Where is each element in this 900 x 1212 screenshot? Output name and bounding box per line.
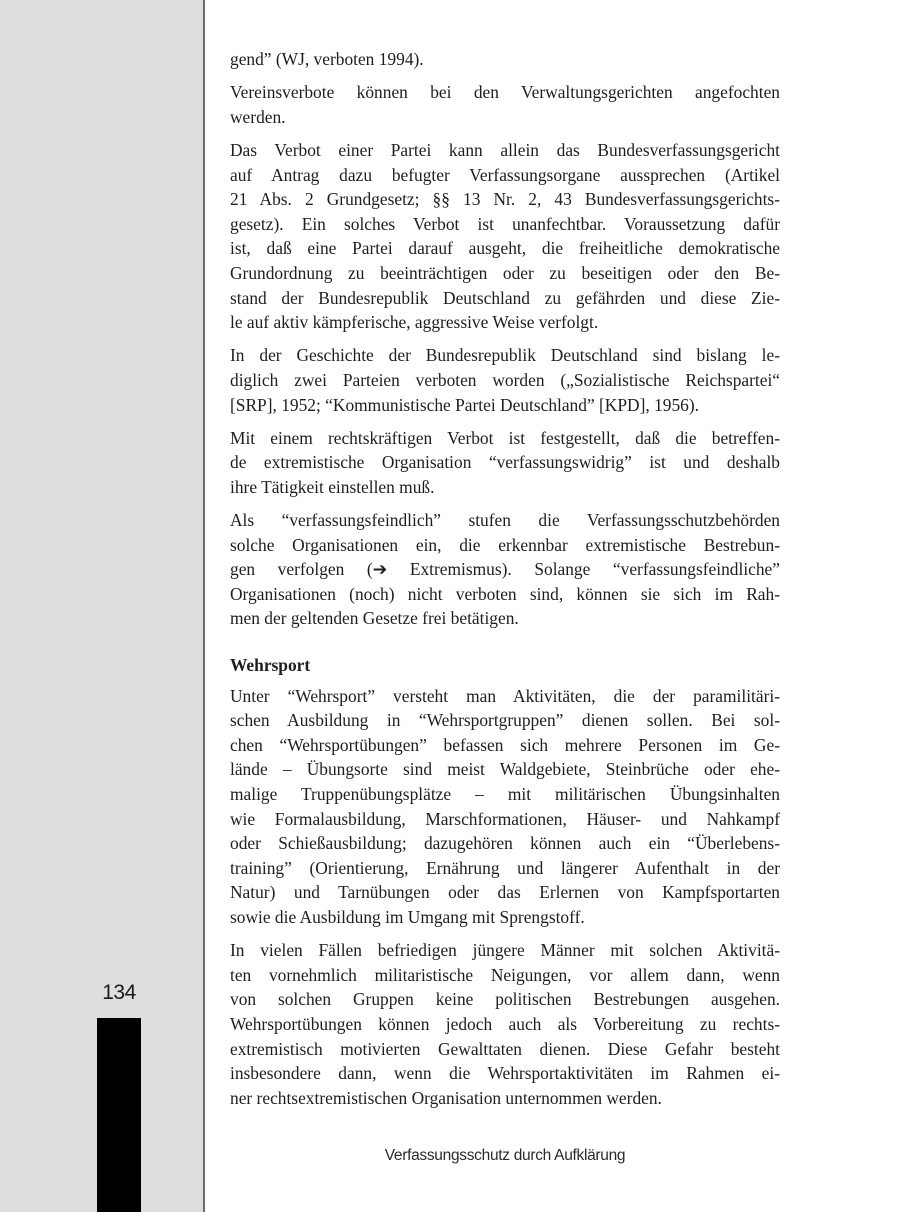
paragraph: Unter “Wehrsport” versteht man Aktivität… [230,684,780,930]
body-section-party-bans: gend” (WJ, verboten 1994).Vereinsverbote… [230,47,780,631]
text-line: ner rechtsextremistischen Organisation u… [230,1086,780,1111]
text-line: gesetz). Ein solches Verbot ist unanfech… [230,212,780,237]
text-line: chen “Wehrsportübungen” befassen sich me… [230,733,780,758]
paragraph: In vielen Fällen befriedigen jüngere Män… [230,938,780,1110]
paragraph: Mit einem rechtskräftigen Verbot ist fes… [230,426,780,500]
paragraph: Das Verbot einer Partei kann allein das … [230,138,780,335]
page-thumb-tab-bar [97,1018,141,1212]
text-line: le auf aktiv kämpferische, aggressive We… [230,310,780,335]
text-line: 21 Abs. 2 Grundgesetz; §§ 13 Nr. 2, 43 B… [230,187,780,212]
section-heading: Wehrsport [230,653,780,678]
text-line: oder Schießausbildung; dazugehören könne… [230,831,780,856]
text-line: insbesondere dann, wenn die Wehrsportakt… [230,1061,780,1086]
margin-divider-rule [203,0,205,1212]
paragraph: Als “verfassungsfeindlich” stufen die Ve… [230,508,780,631]
text-line: stand der Bundesrepublik Deutschland zu … [230,286,780,311]
text-line: ten vornehmlich militaristische Neigunge… [230,963,780,988]
text-line: extremistisch motivierten Gewalttaten di… [230,1037,780,1062]
text-line: training” (Orientierung, Ernährung und l… [230,856,780,881]
text-line: ihre Tätigkeit einstellen muß. [230,475,780,500]
text-line: ist, daß eine Partei darauf ausgeht, die… [230,236,780,261]
text-line: malige Truppenübungsplätze – mit militär… [230,782,780,807]
paragraph: gend” (WJ, verboten 1994). [230,47,780,72]
paragraph: Vereinsverbote können bei den Verwaltung… [230,80,780,129]
text-line: In vielen Fällen befriedigen jüngere Män… [230,938,780,963]
text-line: werden. [230,105,780,130]
text-line: Wehrsportübungen können jedoch auch als … [230,1012,780,1037]
text-line: men der geltenden Gesetze frei betätigen… [230,606,780,631]
page-body: gend” (WJ, verboten 1994).Vereinsverbote… [230,47,780,1119]
text-line: Unter “Wehrsport” versteht man Aktivität… [230,684,780,709]
text-line: In der Geschichte der Bundesrepublik Deu… [230,343,780,368]
text-line: Vereinsverbote können bei den Verwaltung… [230,80,780,105]
text-line: von solchen Gruppen keine politischen Be… [230,987,780,1012]
text-line: gen verfolgen (➔ Extremismus). Solange “… [230,557,780,582]
text-line: wie Formalausbildung, Marschformationen,… [230,807,780,832]
paragraph: In der Geschichte der Bundesrepublik Deu… [230,343,780,417]
text-line: gend” (WJ, verboten 1994). [230,47,780,72]
text-line: auf Antrag dazu befugter Verfassungsorga… [230,163,780,188]
text-line: de extremistische Organisation “verfassu… [230,450,780,475]
text-line: Mit einem rechtskräftigen Verbot ist fes… [230,426,780,451]
body-section-wehrsport: Unter “Wehrsport” versteht man Aktivität… [230,684,780,1111]
text-line: diglich zwei Parteien verboten worden („… [230,368,780,393]
text-line: Organisationen (noch) nicht verboten sin… [230,582,780,607]
text-line: schen Ausbildung in “Wehrsportgruppen” d… [230,708,780,733]
page-footer: Verfassungsschutz durch Aufklärung [230,1147,780,1165]
text-line: sowie die Ausbildung im Umgang mit Spren… [230,905,780,930]
text-line: Grundordnung zu beeinträchtigen oder zu … [230,261,780,286]
text-line: Natur) und Tarnübungen oder das Erlernen… [230,880,780,905]
text-line: solche Organisationen ein, die erkennbar… [230,533,780,558]
text-line: Als “verfassungsfeindlich” stufen die Ve… [230,508,780,533]
text-line: [SRP], 1952; “Kommunistische Partei Deut… [230,393,780,418]
text-line: lände – Übungsorte sind meist Waldgebiet… [230,757,780,782]
text-line: Das Verbot einer Partei kann allein das … [230,138,780,163]
page-number: 134 [96,981,142,1005]
